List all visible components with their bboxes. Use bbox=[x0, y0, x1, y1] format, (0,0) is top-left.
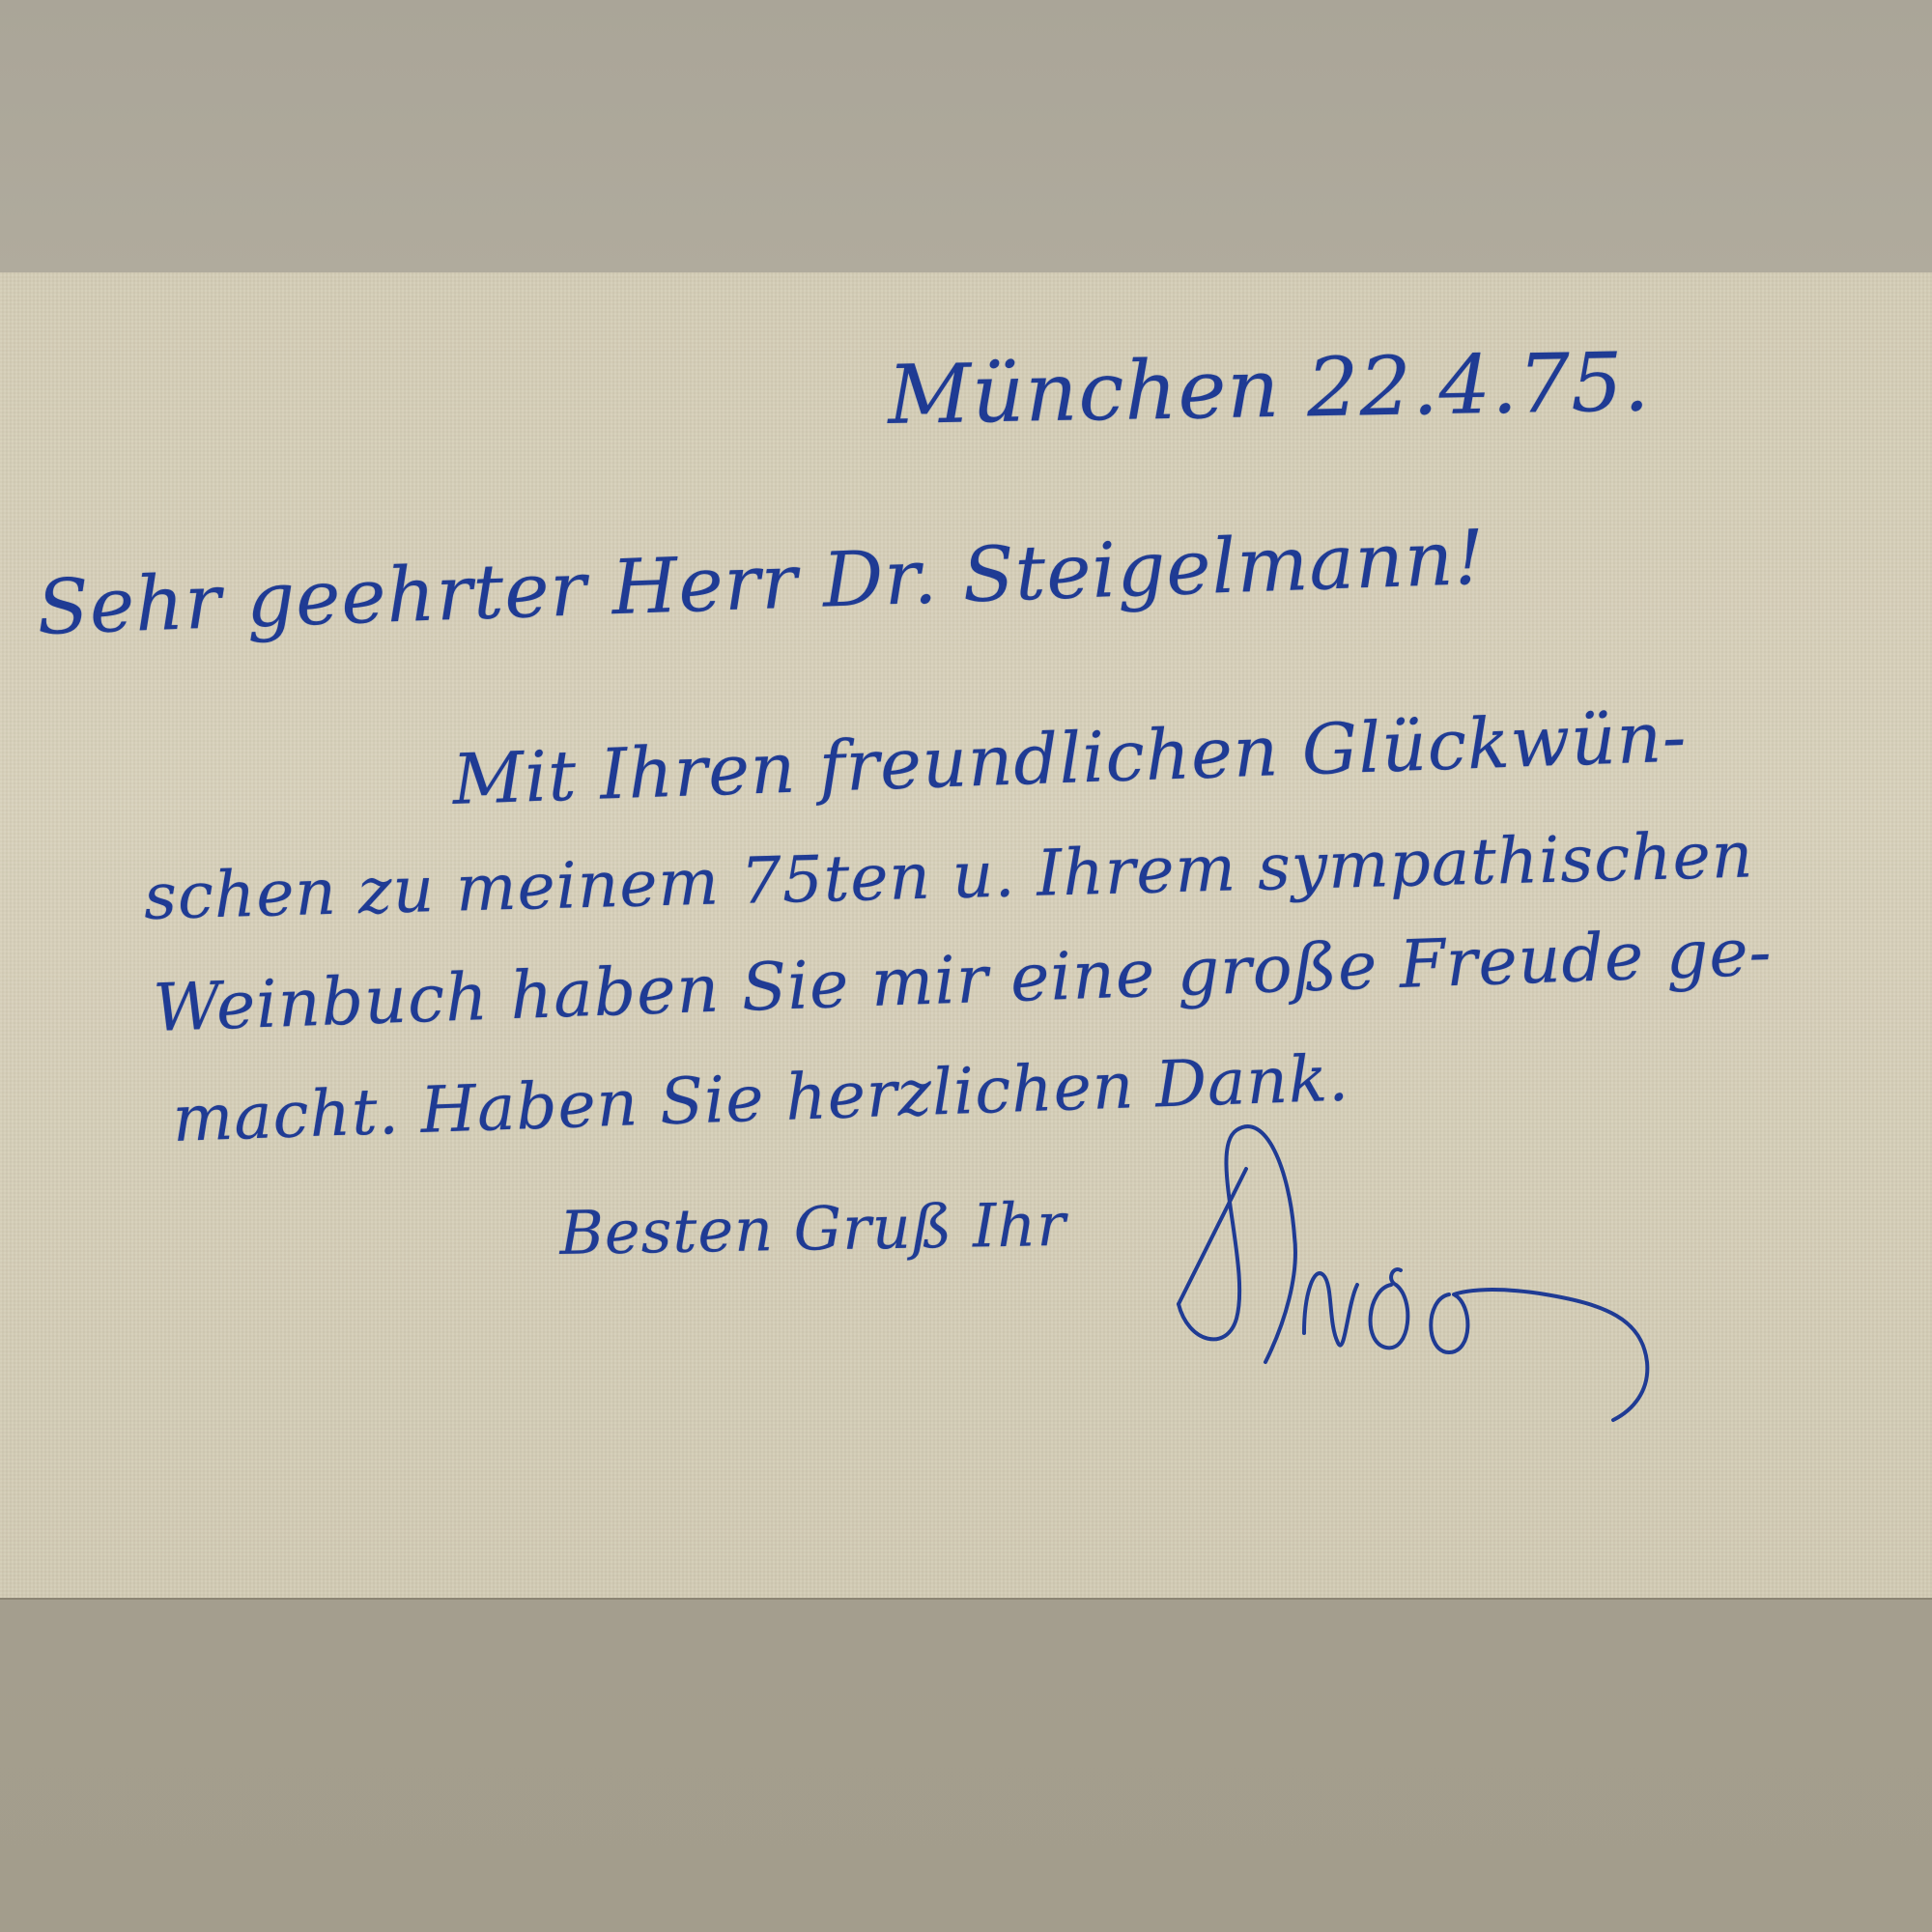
mount-background-top bbox=[0, 0, 1932, 272]
mount-background-bottom bbox=[0, 1600, 1932, 1932]
signature-icon bbox=[1121, 1111, 1700, 1430]
letter-dateline: München 22.4.75. bbox=[887, 334, 1651, 442]
letter-closing: Besten Gruß Ihr bbox=[559, 1189, 1067, 1268]
